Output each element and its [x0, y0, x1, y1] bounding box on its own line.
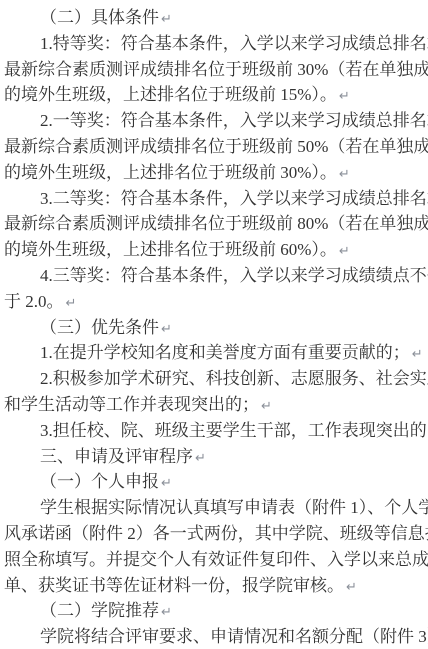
text-line-content: 和学生活动等工作并表现突出的；	[4, 395, 259, 414]
paragraph-mark-icon: ↵	[339, 89, 350, 104]
text-line-content: 1.在提升学校知名度和美誉度方面有重要贡献的；	[40, 343, 410, 362]
text-line-content: 3.担任校、院、班级主要学生干部，工作表现突出的；	[40, 421, 428, 440]
text-line-content: 学生根据实际情况认真填写申请表（附件 1）、个人学	[40, 498, 428, 517]
document-body: （二）具体条件↵1.特等奖：符合基本条件，入学以来学习成绩总排名或最新综合素质测…	[4, 5, 420, 649]
text-line: 最新综合素质测评成绩排名位于班级前 30%（若在单独成班	[4, 57, 420, 83]
text-line-content: 的境外生班级，上述排名位于班级前 15%）。	[4, 85, 337, 104]
text-line-content: 2.一等奖：符合基本条件，入学以来学习成绩总排名或	[40, 111, 428, 130]
text-line-content: 单、获奖证书等佐证材料一份，报学院审核。	[4, 576, 344, 595]
text-line: 学院将结合评审要求、申请情况和名额分配（附件 3）	[4, 624, 420, 649]
paragraph-mark-icon: ↵	[195, 451, 206, 466]
paragraph-mark-icon: ↵	[261, 399, 272, 414]
text-line: 3.二等奖：符合基本条件，入学以来学习成绩总排名或	[4, 186, 420, 212]
text-line: 最新综合素质测评成绩排名位于班级前 50%（若在单独成班	[4, 134, 420, 160]
paragraph-mark-icon: ↵	[339, 244, 350, 259]
text-line-content: （二）学院推荐	[40, 601, 159, 620]
text-line-content: 学院将结合评审要求、申请情况和名额分配（附件 3）	[40, 627, 428, 646]
document-page: （二）具体条件↵1.特等奖：符合基本条件，入学以来学习成绩总排名或最新综合素质测…	[0, 0, 428, 649]
text-line-content: 三、申请及评审程序	[40, 447, 193, 466]
text-line-content: （二）具体条件	[40, 8, 159, 27]
text-line: （二）具体条件↵	[4, 5, 420, 31]
text-line-content: 的境外生班级，上述排名位于班级前 30%）。	[4, 163, 337, 182]
text-line: 照全称填写。并提交个人有效证件复印件、入学以来总成绩	[4, 547, 420, 573]
text-line: 风承诺函（附件 2）各一式两份，其中学院、班级等信息按	[4, 521, 420, 547]
text-line-content: 最新综合素质测评成绩排名位于班级前 80%（若在单独成班	[4, 214, 428, 233]
text-line: 学生根据实际情况认真填写申请表（附件 1）、个人学	[4, 495, 420, 521]
paragraph-mark-icon: ↵	[161, 605, 172, 620]
text-line: 2.一等奖：符合基本条件，入学以来学习成绩总排名或	[4, 108, 420, 134]
text-line: 3.担任校、院、班级主要学生干部，工作表现突出的；↵	[4, 418, 420, 444]
paragraph-mark-icon: ↵	[161, 322, 172, 337]
text-line: 和学生活动等工作并表现突出的；↵	[4, 392, 420, 418]
text-line-content: 1.特等奖：符合基本条件，入学以来学习成绩总排名或	[40, 34, 428, 53]
text-line: 的境外生班级，上述排名位于班级前 15%）。↵	[4, 82, 420, 108]
text-line-content: 3.二等奖：符合基本条件，入学以来学习成绩总排名或	[40, 189, 428, 208]
text-line-content: 最新综合素质测评成绩排名位于班级前 50%（若在单独成班	[4, 137, 428, 156]
text-line: （二）学院推荐↵	[4, 598, 420, 624]
text-line: （一）个人申报↵	[4, 469, 420, 495]
paragraph-mark-icon: ↵	[339, 167, 350, 182]
text-line: 于 2.0。↵	[4, 289, 420, 315]
paragraph-mark-icon: ↵	[66, 296, 77, 311]
text-line-content: 2.积极参加学术研究、科技创新、志愿服务、社会实践	[40, 369, 428, 388]
text-line-content: 风承诺函（附件 2）各一式两份，其中学院、班级等信息按	[4, 524, 428, 543]
text-line: 2.积极参加学术研究、科技创新、志愿服务、社会实践	[4, 366, 420, 392]
text-line-content: 于 2.0。	[4, 292, 64, 311]
text-line: 最新综合素质测评成绩排名位于班级前 80%（若在单独成班	[4, 211, 420, 237]
paragraph-mark-icon: ↵	[161, 12, 172, 27]
text-line-content: 的境外生班级，上述排名位于班级前 60%）。	[4, 240, 337, 259]
paragraph-mark-icon: ↵	[346, 580, 357, 595]
paragraph-mark-icon: ↵	[412, 347, 423, 362]
text-line: 1.特等奖：符合基本条件，入学以来学习成绩总排名或	[4, 31, 420, 57]
text-line: 1.在提升学校知名度和美誉度方面有重要贡献的；↵	[4, 340, 420, 366]
text-line-content: 照全称填写。并提交个人有效证件复印件、入学以来总成绩	[4, 550, 428, 569]
text-line-content: 最新综合素质测评成绩排名位于班级前 30%（若在单独成班	[4, 60, 428, 79]
text-line: （三）优先条件↵	[4, 315, 420, 341]
text-line-content: （一）个人申报	[40, 472, 159, 491]
text-line-content: （三）优先条件	[40, 318, 159, 337]
text-line: 单、获奖证书等佐证材料一份，报学院审核。↵	[4, 573, 420, 599]
paragraph-mark-icon: ↵	[161, 476, 172, 491]
text-line: 的境外生班级，上述排名位于班级前 30%）。↵	[4, 160, 420, 186]
text-line: 的境外生班级，上述排名位于班级前 60%）。↵	[4, 237, 420, 263]
text-line: 4.三等奖：符合基本条件，入学以来学习成绩绩点不低	[4, 263, 420, 289]
text-line: 三、申请及评审程序↵	[4, 444, 420, 470]
text-line-content: 4.三等奖：符合基本条件，入学以来学习成绩绩点不低	[40, 266, 428, 285]
